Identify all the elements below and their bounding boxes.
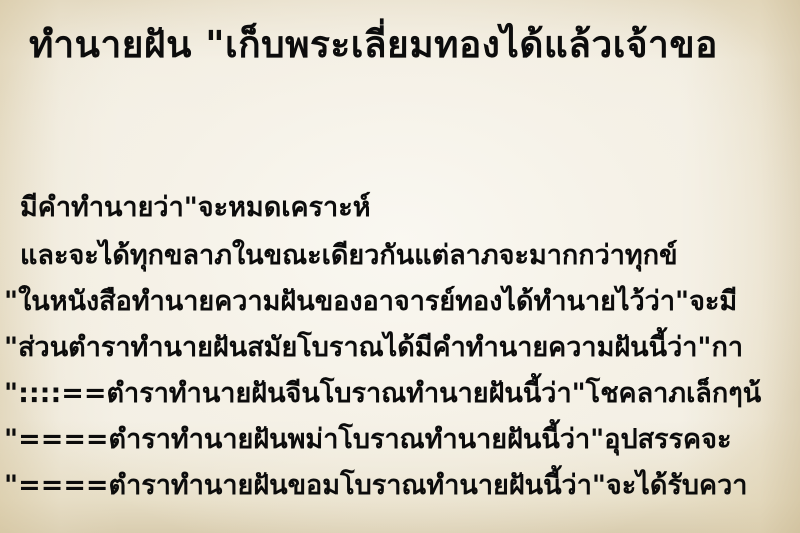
interpretation-line-burmese: "====ตำราทำนายฝันพม่าโบราณทำนายฝันนี้ว่า…	[4, 417, 731, 463]
interpretation-line: มีคำทำนายว่า"จะหมดเคราะห์	[20, 185, 371, 231]
dream-interpretation-page: ทำนายฝัน "เก็บพระเลี่ยมทองได้แล้วเจ้าขอ …	[0, 0, 800, 533]
interpretation-line-teacher-thong: "ในหนังสือทำนายความฝันของอาจารย์ทองได้ทำ…	[4, 279, 737, 325]
interpretation-line-chinese: "::::==ตำราทำนายฝันจีนโบราณทำนายฝันนี้ว่…	[4, 371, 761, 417]
interpretation-line-ancient-text: "ส่วนตำราทำนายฝันสมัยโบราณได้มีคำทำนายคว…	[4, 325, 743, 371]
interpretation-line: และจะได้ทุกขลาภในขณะเดียวกันแต่ลาภจะมากก…	[20, 233, 678, 279]
interpretation-line-khmer: "====ตำราทำนายฝันขอมโบราณทำนายฝันนี้ว่า"…	[4, 463, 747, 509]
page-title: ทำนายฝัน "เก็บพระเลี่ยมทองได้แล้วเจ้าขอ	[29, 18, 718, 72]
